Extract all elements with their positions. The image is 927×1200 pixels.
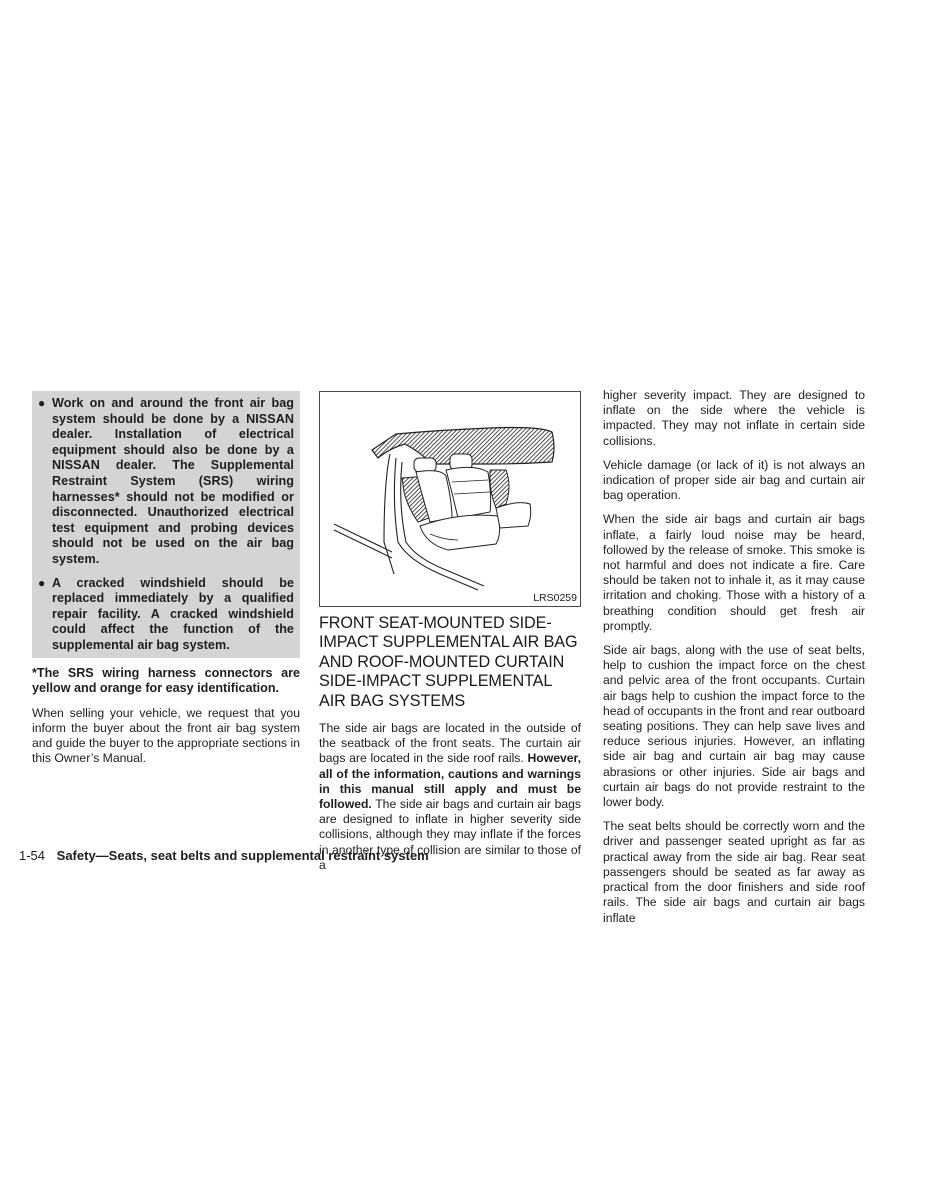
paragraph-impact-continuation: higher severity impact. They are designe… [603, 388, 865, 449]
srs-connector-note: *The SRS wiring harness connectors are y… [32, 666, 300, 697]
airbag-figure: LRS0259 [319, 391, 581, 607]
warning-box: ● Work on and around the front air bag s… [32, 391, 300, 658]
section-title: Safety—Seats, seat belts and supplementa… [57, 848, 429, 863]
warning-bullet: ● Work on and around the front air bag s… [38, 396, 294, 568]
bullet-icon: ● [38, 396, 52, 568]
bullet-icon: ● [38, 576, 52, 654]
right-column: higher severity impact. They are designe… [603, 388, 865, 935]
section-heading: FRONT SEAT-MOUNTED SIDE-IMPACT SUPPLEMEN… [319, 614, 581, 711]
page-footer: 1-54 Safety—Seats, seat belts and supple… [19, 848, 429, 863]
paragraph-side-airbag-function: Side air bags, along with the use of sea… [603, 643, 865, 810]
page-number: 1-54 [19, 848, 45, 863]
middle-column: LRS0259 FRONT SEAT-MOUNTED SIDE-IMPACT S… [319, 391, 581, 873]
figure-label: LRS0259 [532, 592, 578, 604]
selling-vehicle-paragraph: When selling your vehicle, we request th… [32, 706, 300, 767]
warning-text: A cracked windshield should be replaced … [52, 576, 294, 654]
paragraph-inflation-noise: When the side air bags and curtain air b… [603, 512, 865, 634]
seat-airbag-illustration-icon [320, 392, 580, 606]
left-column: ● Work on and around the front air bag s… [32, 391, 300, 767]
paragraph-vehicle-damage: Vehicle damage (or lack of it) is not al… [603, 458, 865, 504]
warning-text: Work on and around the front air bag sys… [52, 396, 294, 568]
warning-bullet: ● A cracked windshield should be replace… [38, 576, 294, 654]
paragraph-seat-belts: The seat belts should be correctly worn … [603, 819, 865, 925]
